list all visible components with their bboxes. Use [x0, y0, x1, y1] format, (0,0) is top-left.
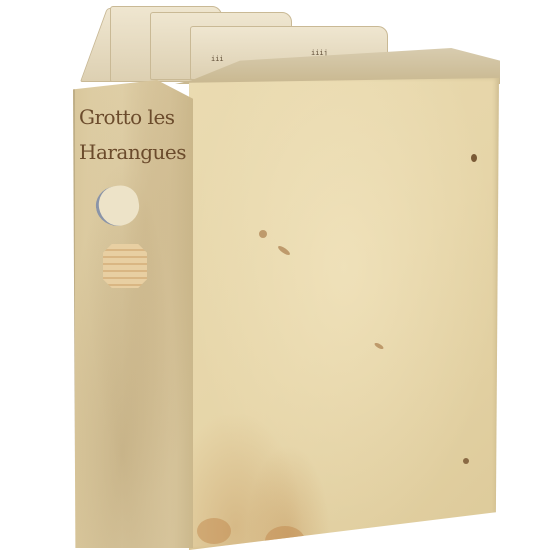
- water-stain: [197, 518, 231, 544]
- spine-title-line-1: Grotto les: [79, 105, 194, 129]
- leaf-signature-mark: iii: [211, 55, 224, 63]
- stain: [277, 244, 291, 256]
- stain: [259, 230, 267, 238]
- tack-hole: [471, 154, 477, 162]
- stain: [374, 342, 385, 350]
- octagonal-striped-label: [103, 244, 147, 288]
- water-stain: [265, 526, 305, 550]
- front-cover: [189, 78, 499, 550]
- tack-hole: [463, 458, 469, 464]
- book-spine: Grotto les Harangues: [73, 80, 193, 548]
- book-photo: ii iii iiij Grotto les Harangues: [0, 0, 550, 550]
- spine-title-line-2: Harangues: [79, 140, 194, 164]
